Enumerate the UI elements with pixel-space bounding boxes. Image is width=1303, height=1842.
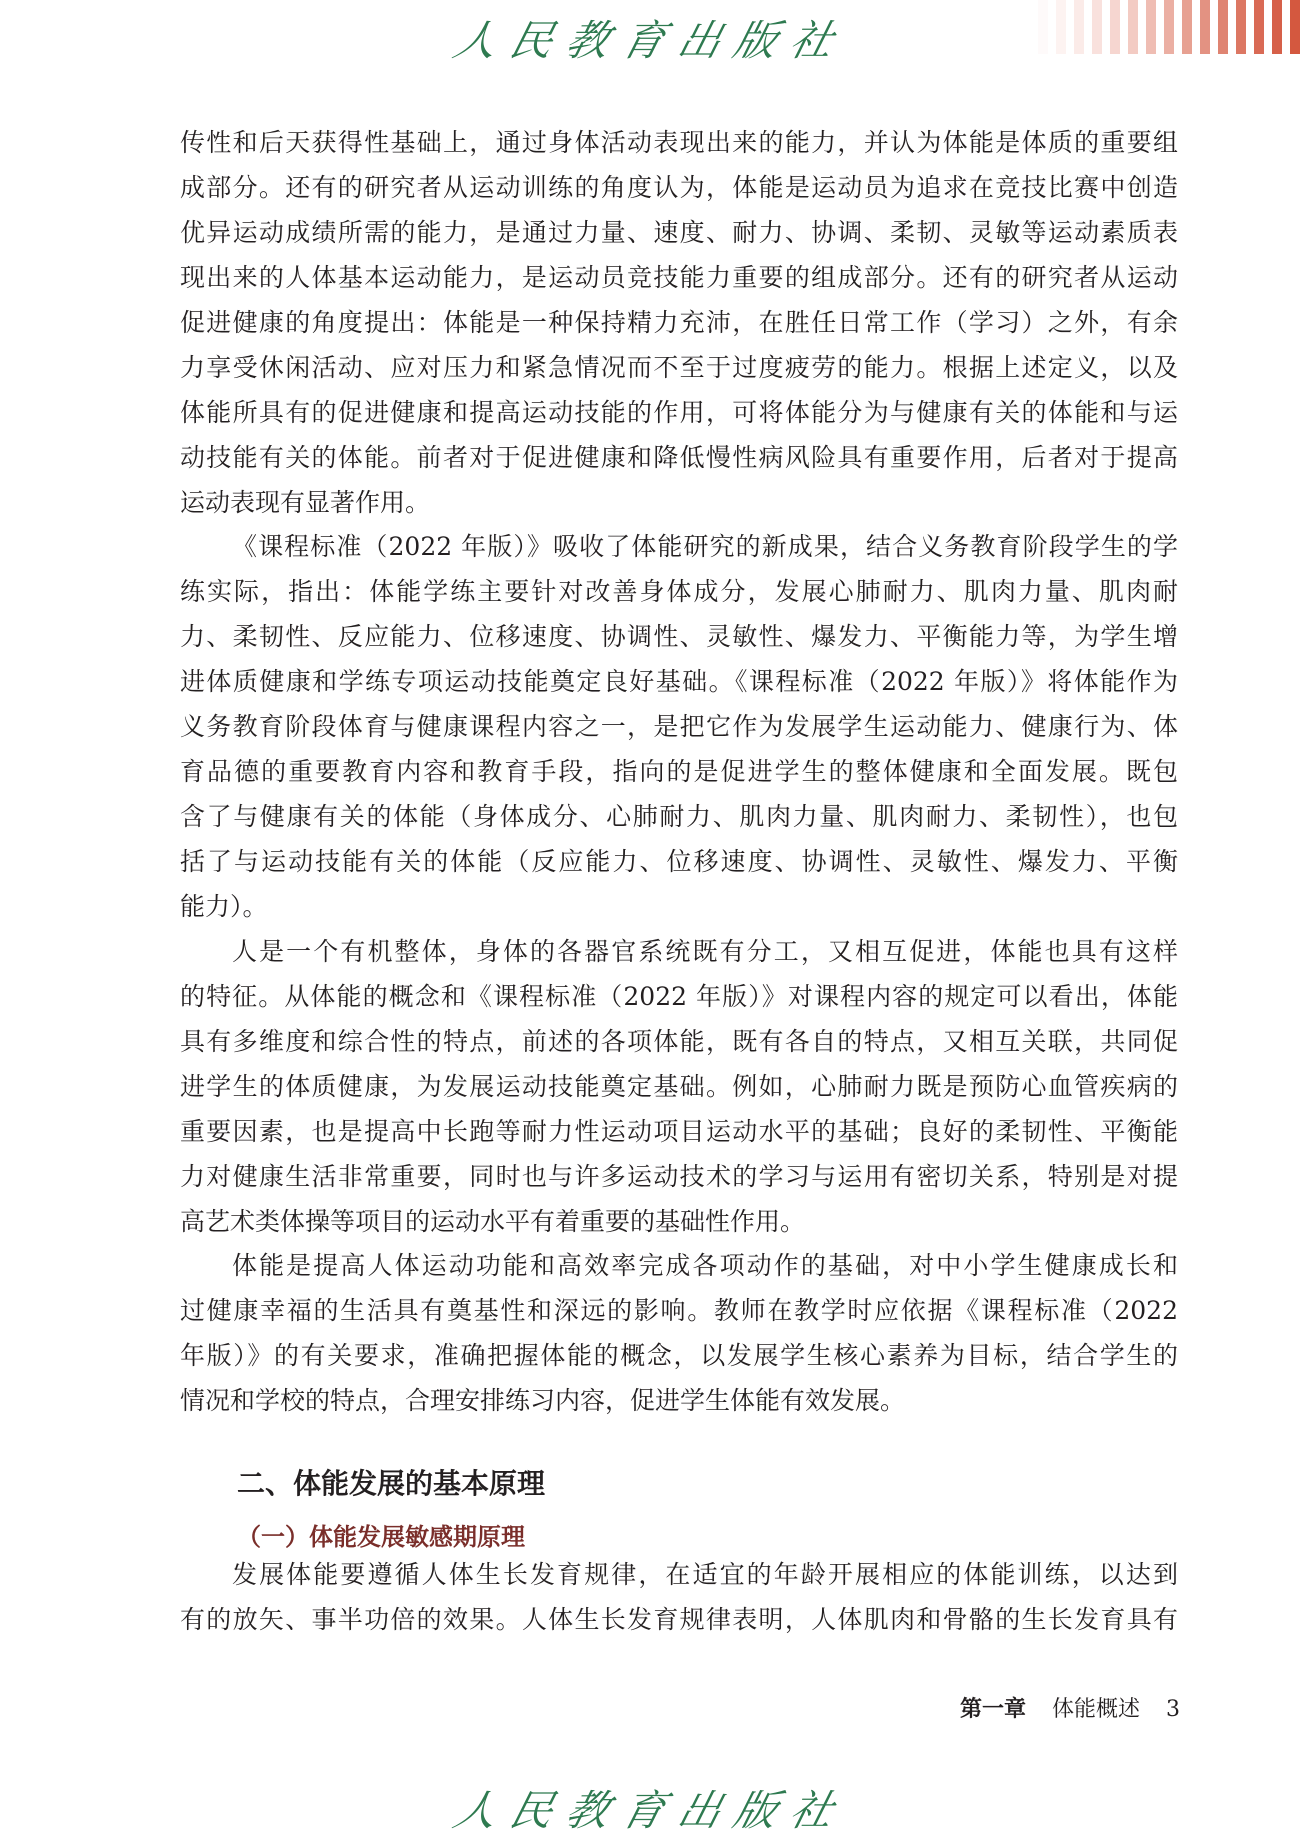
text-line: 力享受休闲活动、应对压力和紧急情况而不至于过度疲劳的能力。根据上述定义，以及 [180,353,1178,383]
text-line: 有的放矢、事半功倍的效果。人体生长发育规律表明，人体肌肉和骨骼的生长发育具有 [180,1605,1178,1635]
stripe [1110,0,1120,54]
text-line: 体能所具有的促进健康和提高运动技能的作用，可将体能分为与健康有关的体能和与运 [180,398,1178,428]
publisher-logo-bottom: 人民教育出版社 [0,1778,1303,1838]
text-line: 进学生的体质健康，为发展运动技能奠定基础。例如，心肺耐力既是预防心血管疾病的 [180,1072,1178,1102]
stripe [1164,0,1174,54]
stripe [1218,0,1228,54]
text-line: 的特征。从体能的概念和《课程标准（2022 年版）》对课程内容的规定可以看出，体… [180,982,1178,1012]
stripe [1092,0,1102,54]
text-line: 力对健康生活非常重要，同时也与许多运动技术的学习与运用有密切关系，特别是对提 [180,1162,1178,1192]
stripe [1038,0,1048,54]
stripe [1182,0,1192,54]
text-line: 情况和学校的特点，合理安排练习内容，促进学生体能有效发展。 [180,1386,1178,1416]
text-line: 育品德的重要教育内容和教育手段，指向的是促进学生的整体健康和全面发展。既包 [180,757,1178,787]
text-line: 优异运动成绩所需的能力，是通过力量、速度、耐力、协调、柔韧、灵敏等运动素质表 [180,218,1178,248]
text-line: 运动表现有显著作用。 [180,488,1178,518]
page-number: 3 [1166,1697,1180,1722]
stripe [1200,0,1210,54]
text-line: 重要因素，也是提高中长跑等耐力性运动项目运动水平的基础；良好的柔韧性、平衡能 [180,1117,1178,1147]
text-line: 括了与运动技能有关的体能（反应能力、位移速度、协调性、灵敏性、爆发力、平衡 [180,847,1178,877]
text-line: 过健康幸福的生活具有奠基性和深远的影响。教师在教学时应依据《课程标准（2022 [180,1296,1178,1326]
chapter-title: 体能概述 [1052,1692,1140,1723]
stripe [1020,0,1030,54]
text-line: 练实际，指出：体能学练主要针对改善身体成分，发展心肺耐力、肌肉力量、肌肉耐 [180,577,1178,607]
stripe [1056,0,1066,54]
stripe [1074,0,1084,54]
text-line: 促进健康的角度提出：体能是一种保持精力充沛，在胜任日常工作（学习）之外，有余 [180,308,1178,338]
stripe [1236,0,1246,54]
text-line: 高艺术类体操等项目的运动水平有着重要的基础性作用。 [180,1207,1178,1237]
chapter-label: 第一章 [960,1692,1026,1723]
stripe [1146,0,1156,54]
text-line: 具有多维度和综合性的特点，前述的各项体能，既有各自的特点，又相互关联，共同促 [180,1027,1178,1057]
stripe [1254,0,1264,54]
text-line: 年版）》的有关要求，准确把握体能的概念，以发展学生核心素养为目标，结合学生的 [180,1341,1178,1371]
page-footer: 第一章 体能概述 3 [960,1692,1180,1723]
text-line: 义务教育阶段体育与健康课程内容之一，是把它作为发展学生运动能力、健康行为、体 [180,712,1178,742]
text-line: 动技能有关的体能。前者对于促进健康和降低慢性病风险具有重要作用，后者对于提高 [180,443,1178,473]
stripe [1128,0,1138,54]
text-line: 发展体能要遵循人体生长发育规律，在适宜的年龄开展相应的体能训练，以达到 [232,1560,1178,1590]
text-line: 人是一个有机整体，身体的各器官系统既有分工，又相互促进，体能也具有这样 [232,937,1178,967]
stripe [1290,0,1300,54]
stripe [1272,0,1282,54]
text-line: 含了与健康有关的体能（身体成分、心肺耐力、肌肉力量、肌肉耐力、柔韧性），也包 [180,802,1178,832]
text-line: 力、柔韧性、反应能力、位移速度、协调性、灵敏性、爆发力、平衡能力等，为学生增 [180,622,1178,652]
text-line: 成部分。还有的研究者从运动训练的角度认为，体能是运动员为追求在竞技比赛中创造 [180,173,1178,203]
subsection-heading: （一）体能发展敏感期原理 [237,1517,525,1552]
decorative-stripes [1020,0,1303,54]
text-line: 现出来的人体基本运动能力，是运动员竞技能力重要的组成部分。还有的研究者从运动 [180,263,1178,293]
section-heading: 二、体能发展的基本原理 [237,1462,545,1502]
text-line: 体能是提高人体运动功能和高效率完成各项动作的基础，对中小学生健康成长和 [232,1251,1178,1281]
text-line: 能力）。 [180,892,1178,922]
text-line: 传性和后天获得性基础上，通过身体活动表现出来的能力，并认为体能是体质的重要组 [180,128,1178,158]
text-line: 进体质健康和学练专项运动技能奠定良好基础。《课程标准（2022 年版）》将体能作… [180,667,1178,697]
text-line: 《课程标准（2022 年版）》吸收了体能研究的新成果，结合义务教育阶段学生的学 [232,532,1178,562]
